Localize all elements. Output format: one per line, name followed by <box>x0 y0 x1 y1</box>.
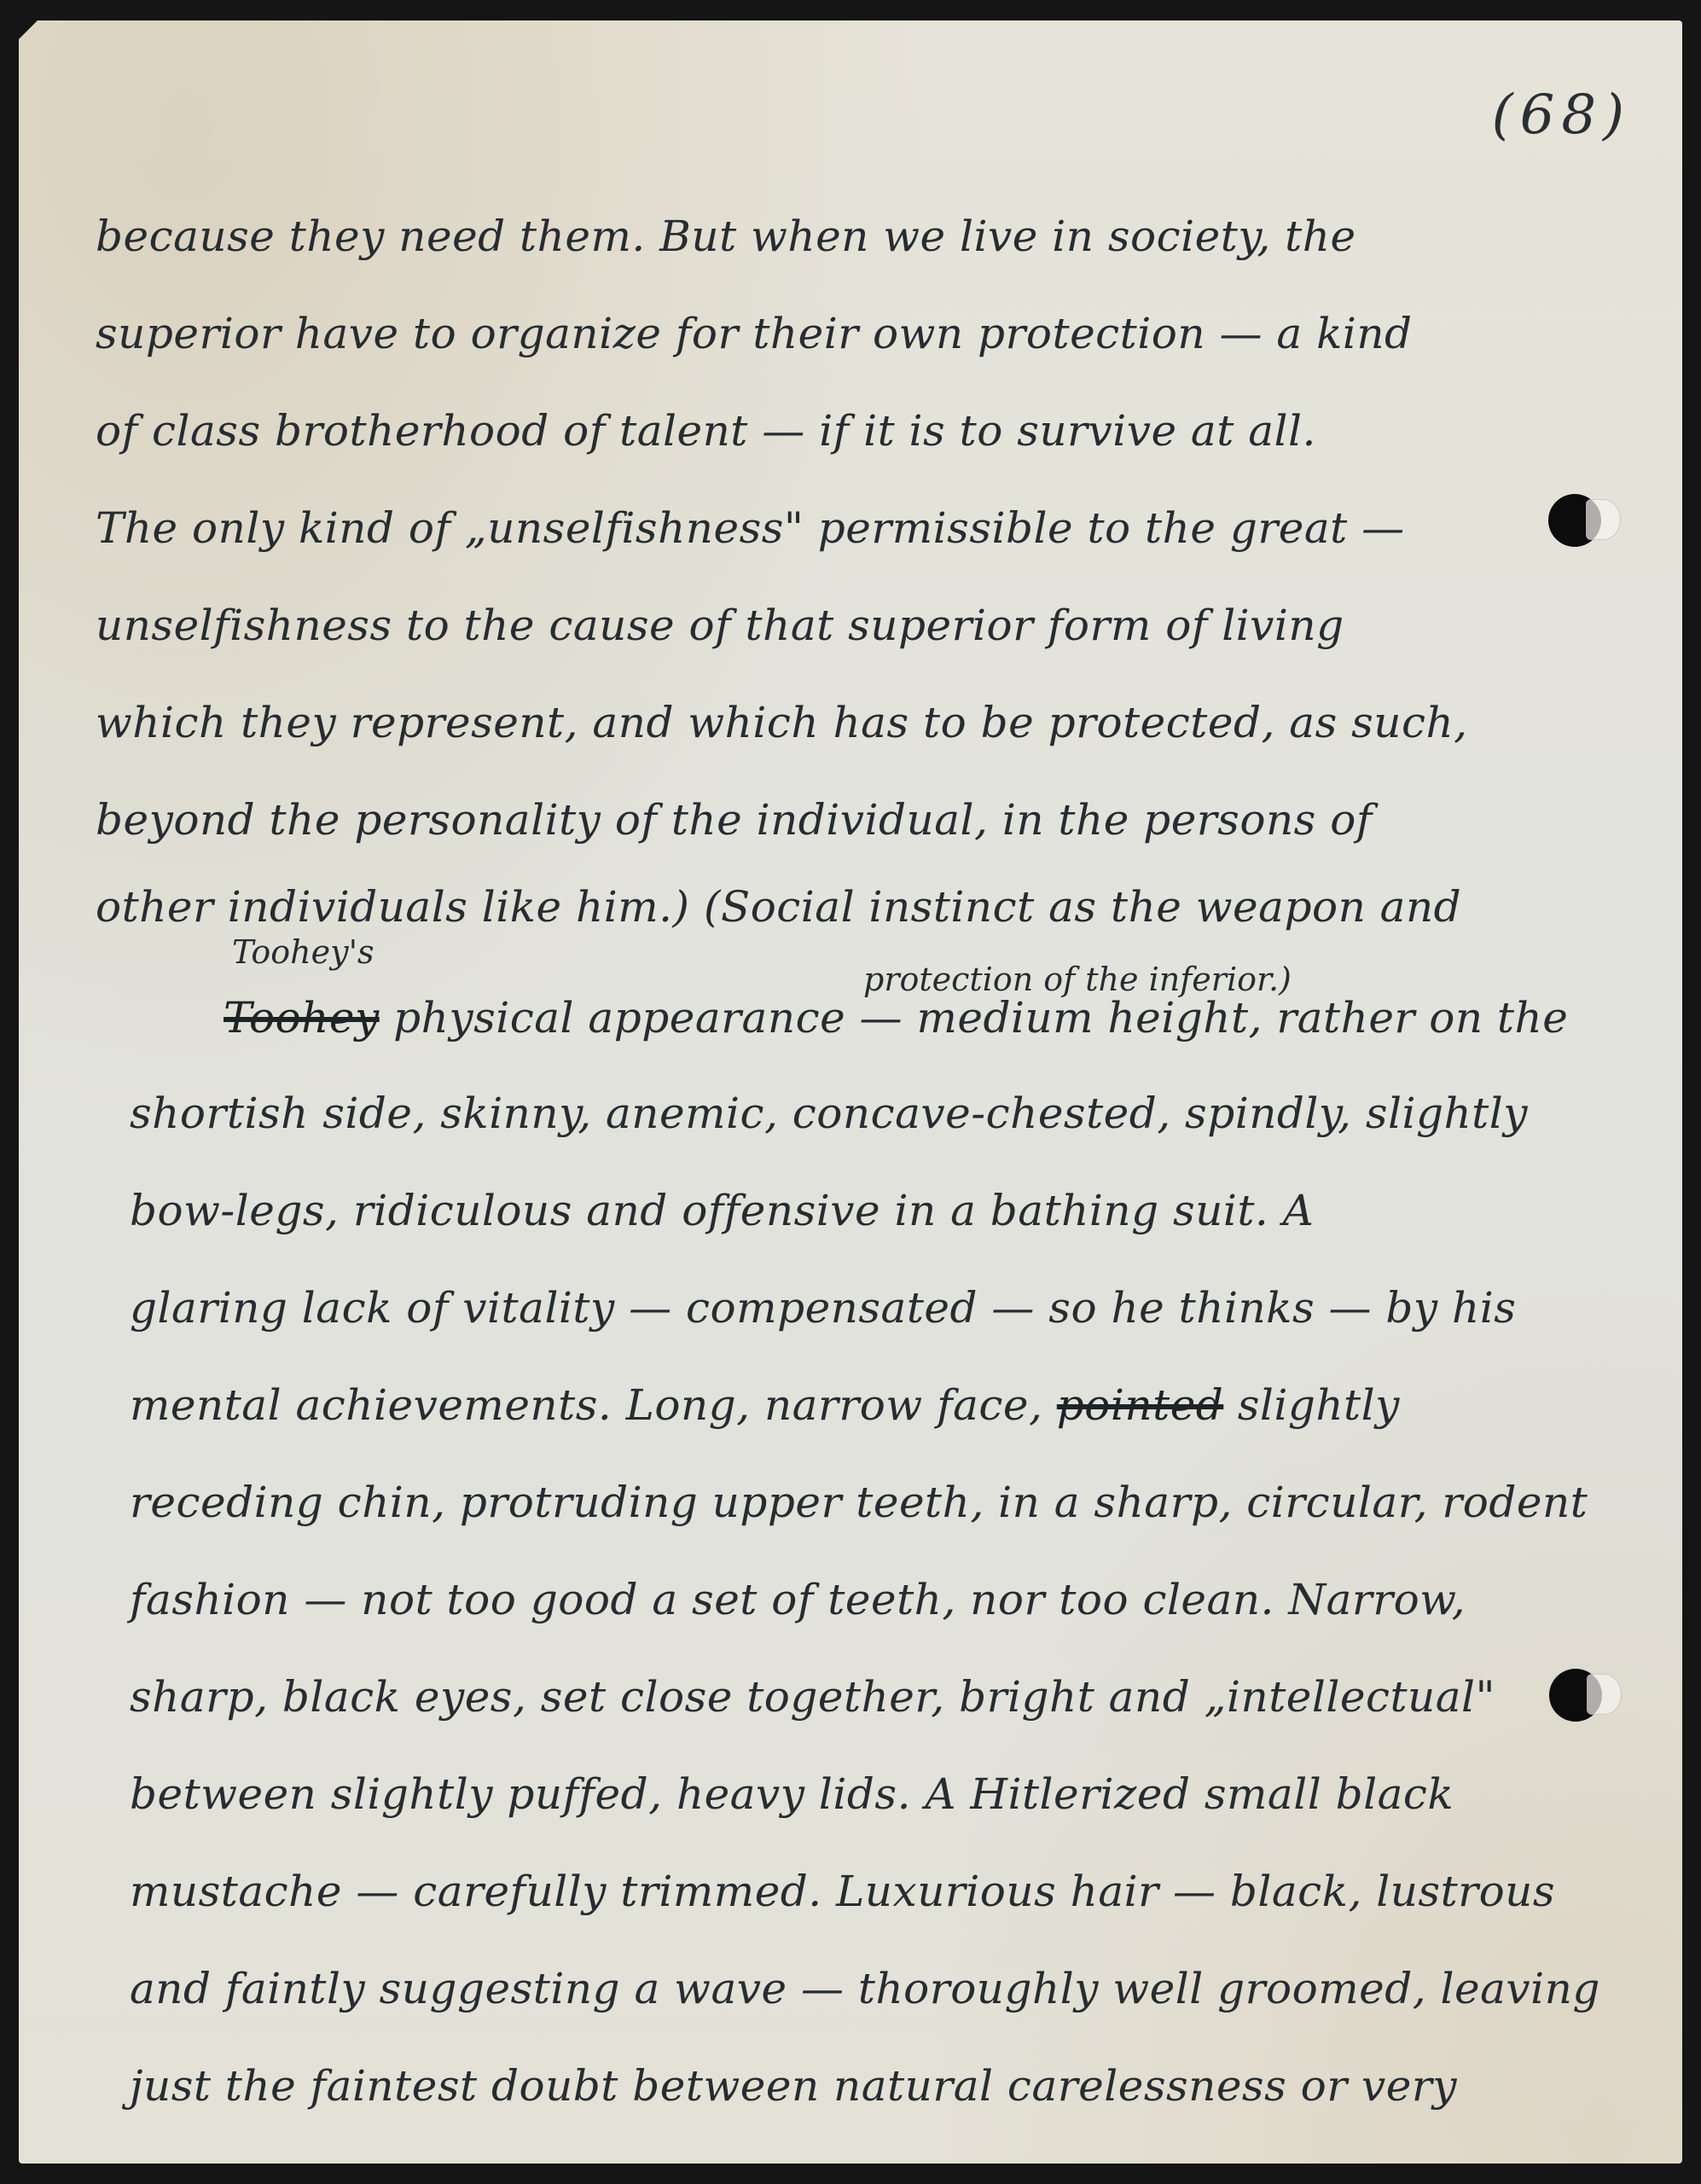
text-line: mustache — carefully trimmed. Luxurious … <box>96 1843 1623 1940</box>
handwritten-text: because they need them. But when we live… <box>96 188 1623 2135</box>
text-line: unselfishness to the cause of that super… <box>96 577 1623 674</box>
text-line-body: physical appearance — medium height, rat… <box>393 993 1568 1043</box>
text-line: superior have to organize for their own … <box>96 285 1623 382</box>
text-line: receding chin, protruding upper teeth, i… <box>96 1454 1623 1551</box>
text-line: just the faintest doubt between natural … <box>96 2037 1623 2135</box>
text-line: glaring lack of vitality — compensated —… <box>96 1259 1623 1356</box>
text-line: bow-legs, ridiculous and offensive in a … <box>96 1162 1623 1259</box>
text-line: shortish side, skinny, anemic, concave-c… <box>96 1065 1623 1162</box>
punch-hole-bottom <box>1549 1669 1602 1722</box>
text-line: which they represent, and which has to b… <box>96 674 1623 771</box>
text-line-body: mental achievements. Long, narrow face, <box>130 1380 1042 1430</box>
text-line: because they need them. But when we live… <box>96 188 1623 285</box>
text-line: beyond the personality of the individual… <box>96 771 1623 868</box>
text-line-tail: slightly <box>1238 1380 1400 1430</box>
text-line: fashion — not too good a set of teeth, n… <box>96 1551 1623 1648</box>
text-line-with-strike: mental achievements. Long, narrow face, … <box>96 1356 1623 1454</box>
text-line: between slightly puffed, heavy lids. A H… <box>96 1745 1623 1843</box>
punch-hole-top <box>1548 494 1601 547</box>
text-line: and faintly suggesting a wave — thorough… <box>96 1940 1623 2037</box>
text-line: of class brotherhood of talent — if it i… <box>96 382 1623 479</box>
interlinear-note: protection of the inferior.) <box>863 961 1292 998</box>
inserted-word: Toohey's <box>232 933 374 971</box>
text-line: sharp, black eyes, set close together, b… <box>96 1648 1623 1745</box>
manuscript-page: (68) because they need them. But when we… <box>19 20 1682 2164</box>
struck-out-word: pointed <box>1057 1380 1224 1430</box>
struck-out-word: Toohey <box>224 993 380 1043</box>
page-number: (68) <box>1492 84 1631 147</box>
text-line: The only kind of „unselfishness" permiss… <box>96 479 1623 577</box>
